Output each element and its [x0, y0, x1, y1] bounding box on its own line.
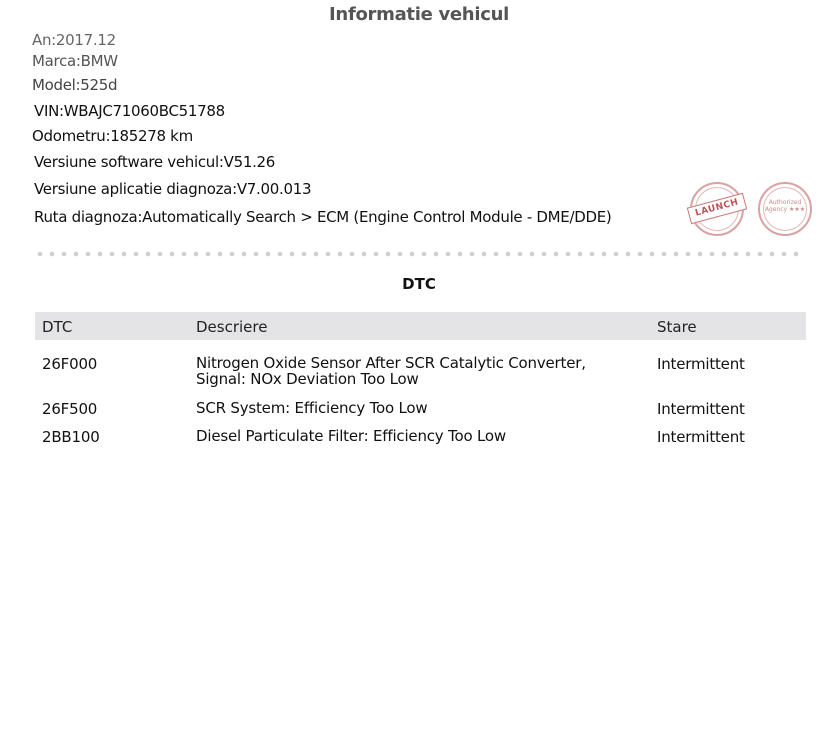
info-app-version: Versiune aplicatie diagnoza:V7.00.013 — [34, 180, 311, 198]
dotted-divider — [34, 251, 806, 257]
page-title: Informatie vehicul — [0, 4, 838, 25]
launch-stamp-icon: LAUNCH — [690, 182, 744, 236]
dtc-code: 26F000 — [42, 355, 97, 373]
column-header-dtc: DTC — [42, 318, 72, 336]
table-row: 26F000 Nitrogen Oxide Sensor After SCR C… — [35, 340, 806, 386]
dtc-table: DTC Descriere Stare 26F000 Nitrogen Oxid… — [35, 312, 806, 442]
info-vin: VIN:WBAJC71060BC51788 — [34, 102, 225, 120]
table-row: 2BB100 Diesel Particulate Filter: Effici… — [35, 414, 806, 442]
column-header-description: Descriere — [196, 318, 267, 336]
launch-stamp-text: LAUNCH — [687, 193, 747, 224]
dtc-section-title: DTC — [0, 275, 838, 293]
dtc-status: Intermittent — [657, 428, 745, 446]
info-diagnostic-path: Ruta diagnoza:Automatically Search > ECM… — [34, 208, 611, 226]
info-odometer: Odometru:185278 km — [32, 127, 193, 145]
table-row: 26F500 SCR System: Efficiency Too Low In… — [35, 386, 806, 414]
info-model: Model:525d — [32, 76, 117, 94]
authorized-agency-stamp-icon: Authorized Agency ★★★ — [758, 182, 812, 236]
agency-stamp-text: Authorized Agency ★★★ — [760, 199, 810, 213]
column-header-status: Stare — [657, 318, 697, 336]
dtc-description: Diesel Particulate Filter: Efficiency To… — [196, 428, 506, 444]
dtc-description: Nitrogen Oxide Sensor After SCR Catalyti… — [196, 355, 586, 387]
dtc-status: Intermittent — [657, 355, 745, 373]
table-header: DTC Descriere Stare — [35, 312, 806, 340]
info-vehicle-software: Versiune software vehicul:V51.26 — [34, 153, 275, 171]
info-make: Marca:BMW — [32, 52, 118, 70]
dtc-code: 2BB100 — [42, 428, 100, 446]
info-year: An:2017.12 — [32, 31, 116, 49]
